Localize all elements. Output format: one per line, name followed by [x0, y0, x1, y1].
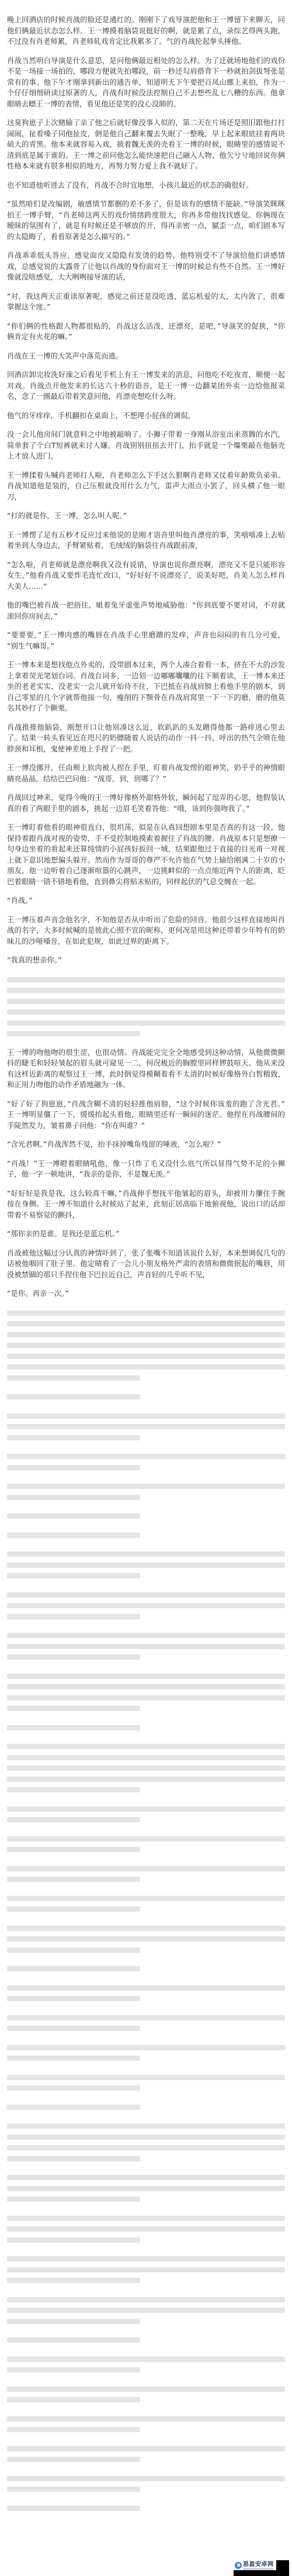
redaction-bar [7, 2427, 140, 2432]
redacted-line [7, 1681, 285, 1692]
redaction-bar [7, 1996, 140, 2001]
redaction-bar [7, 1985, 285, 1991]
redacted-line [7, 1589, 285, 1601]
redaction-bar [7, 1806, 285, 1812]
redaction-bar [7, 1332, 285, 1337]
redacted-line [7, 1600, 285, 1611]
redaction-bar [7, 2367, 140, 2372]
redacted-line [7, 1763, 285, 1774]
redaction-bar [7, 1684, 285, 1689]
redacted-line [7, 2132, 285, 2143]
paragraph-redacted [7, 1671, 285, 1714]
paragraph-redacted [7, 2354, 285, 2375]
paragraph: 这臭狗崽子上次赌输了亲了他之后就好像没事人似的，第二天在片场还是照旧跟他打打闹闹… [7, 118, 285, 172]
paragraph-redacted [7, 2120, 285, 2164]
redacted-line [7, 2424, 285, 2435]
paragraph-redacted [7, 1589, 285, 1622]
redaction-bar [7, 2056, 140, 2061]
redacted-line [7, 1833, 285, 1844]
redacted-line [7, 1511, 285, 1522]
paragraph-line: 戏，总感觉说的太露骨了让他以肖战的身份面对王一博的时候总有些不自然。王一博好 [7, 261, 285, 273]
redaction-bar [7, 1633, 285, 1638]
redaction-bar [7, 2226, 285, 2232]
redaction-bar [7, 1654, 140, 1660]
paragraph-line: 名其妙打了个颤栗。 [7, 703, 285, 714]
redacted-line [7, 1814, 285, 1825]
paragraph-line: 闹闹，扯着嗓子同他扯皮，倒是他自己翻来覆去失眠了一整晚，早上起来眼底挂着两块 [7, 129, 285, 140]
redaction-bar [7, 1573, 140, 1578]
paragraph-line: 清到底是属于谁的。王一博之前问他怎么能快速把自己融入人物，他欠兮兮地回说你俩 [7, 150, 285, 161]
paragraph-line: “打的就是你，王一博，怎么叫人呢。” [7, 511, 285, 522]
paragraph: “你们俩的性格跟人物都很贴的，肖战这么活泼，还漂亮，是吧，”导演笑的促狭，“你俩… [7, 321, 285, 343]
redacted-line [7, 2120, 285, 2132]
paragraph-redacted [7, 2012, 285, 2034]
paragraph: “要要要，”王一博肉感的嘴唇在肖战手心里磨蹭的发痒，声音也闷闷的有几分可爱，“别… [7, 630, 285, 651]
redaction-bar [7, 1765, 285, 1771]
redaction-bar [7, 1817, 140, 1822]
paragraph-line: 保持着跟肖战对视的姿势，手不受控制地摸索着握住了肖战的腰。肖战原本只是想撩一 [7, 833, 285, 844]
paragraph: 肖战乖乖低头答应，感觉面皮又隐隐有发烫的趋势。他特别受不了导演给他们讲感情戏，总… [7, 250, 285, 283]
paragraph: 王一博没挪开，任由颊上软肉被人捏在手里，盯着肖战发愣的眼神笑，奶乎乎的神情眼睛亮… [7, 763, 285, 784]
paragraph-redacted [7, 1411, 285, 1443]
redaction-bar [7, 1936, 285, 1942]
paragraph-redacted [7, 1741, 285, 1795]
redaction-bar [7, 2416, 285, 2422]
redacted-line [7, 1351, 285, 1362]
paragraph-redacted [7, 1481, 285, 1502]
paragraph-line: 他的嘴巴被肖战一把捂住，呲着兔牙虚张声势地威胁他：“你到底要不要对词，不对就 [7, 600, 285, 611]
paragraph-line: 也不知道他听进去了没有，肖战不合时宜地想，小孩儿最近的状态的确很好。 [7, 180, 285, 191]
redaction-bar [7, 1484, 285, 1489]
paragraph-line: 话被他咽回了肚子里。他定睛看了一会儿小朋友格外严肃的表情和微微抿起的嘴唇，用 [7, 1258, 285, 1270]
redacted-line [7, 1803, 285, 1815]
redacted-line [7, 1329, 285, 1340]
redaction-bar [7, 1311, 285, 1316]
paragraph-line: 肖战乖乖低头答应，感觉面皮又隐隐有发烫的趋势。他特别受不了导演给他们讲感情 [7, 250, 285, 261]
redacted-line [7, 2234, 285, 2246]
paragraph-redacted [7, 2443, 285, 2465]
paragraph: 他气的牙痒痒，手机翻扣在桌面上，不想理小屁孩的调侃。 [7, 411, 285, 422]
paragraph-line: 肖战在王一博的大笑声中落荒而逃。 [7, 351, 285, 362]
paragraph-redacted [7, 2294, 285, 2327]
paragraph: 肖战当然明白导演是什么意思，是问他俩最近相处的怎么样。为了迁就场地他们的戏份不是… [7, 56, 285, 110]
paragraph: “好好好是我是我，这么较真干嘛，”肖战伸手想抚平他皱起的眉头，却被用力攥住手腕按… [7, 1188, 285, 1221]
paragraph: “对，我这两天正重读原著呢，感觉之前还是没吃透，蓝忘机爱的太，太内敛了，很难掌握… [7, 291, 285, 313]
paragraph-redacted [7, 1308, 285, 1384]
redaction-bar [7, 2105, 140, 2110]
paragraph-line: 抖的睫毛和轻轻皱起的眉头就可窥见一二，何况极近的胸膛里同样锣鼓喧天。他从来没 [7, 1058, 285, 1069]
redaction-bar [7, 1020, 285, 1026]
redaction-bar [7, 2457, 140, 2462]
paragraph-line: 晚上回酒店的时候肖战的脸还是通红的。刚刚下了戏导演把他和王一博留下来聊天，问 [7, 15, 285, 26]
redaction-bar [7, 2256, 285, 2261]
paragraph-redacted [7, 2334, 285, 2346]
watermark-subtitle [243, 2568, 273, 2570]
redaction-bar [7, 2446, 285, 2451]
redaction-bar [7, 1394, 140, 1399]
watermark: 思盈安卓网 [234, 2560, 276, 2570]
paragraph-line: “要要要，”王一博肉感的嘴唇在肖战手心里磨蹭的发痒，声音也闷闷的有几分可爱， [7, 630, 285, 641]
redacted-line [7, 1903, 285, 1915]
redacted-line [7, 2072, 285, 2083]
redacted-line [7, 1944, 285, 1956]
redacted-line [7, 1933, 285, 1944]
redaction-bar [7, 1454, 285, 1459]
redacted-line [7, 2503, 285, 2514]
paragraph-line: 王一博没挪开，任由颊上软肉被人捏在手里，盯着肖战发愣的眼神笑，奶乎乎的神情眼 [7, 763, 285, 774]
redaction-bar [7, 1533, 140, 1538]
paragraph-line: 肖战回过神来，觉得今晚的王一博好像格外甜格外软，瞬间起了逗弄的心思，他假装认 [7, 792, 285, 804]
paragraph-line: 带着不易察觉的颤抖， [7, 1210, 285, 1221]
paragraph: “肖战！”王一博瞪着眼睛吼他，像一只炸了毛又没什么底气所以显得气势不足的小狮子，… [7, 1158, 285, 1180]
redacted-line [7, 1651, 285, 1663]
paragraph-line: 掌握这个度。” [7, 302, 285, 313]
redaction-bar [7, 1603, 285, 1608]
redaction-bar [7, 2237, 140, 2243]
paragraph-line: 俩肯定有火花的嘛。” [7, 332, 285, 343]
paragraph-line: 有这样近距离的观察过王一博，此时倒觉得模糊着看不太清的时候好像格外白皙精致， [7, 1069, 285, 1080]
redaction-bar [7, 1896, 285, 1901]
paragraph: 王一博压着声音念他名字，不知他是否从中听出了危险的回音。他很少这样直接地叫肖战的… [7, 915, 285, 947]
redaction-bar [7, 1513, 140, 1519]
redacted-line [7, 1874, 285, 1885]
paragraph-redacted [7, 1982, 285, 2004]
paragraph: 肖战推推他脑袋，刚想开口让他别凑这么近，软趴趴的头发蹭得他都一路痒进心里去了。结… [7, 722, 285, 755]
redaction-bar [7, 1375, 140, 1381]
redaction-bar [7, 2186, 285, 2191]
redaction-bar [7, 988, 285, 993]
redacted-line [7, 2082, 285, 2094]
redacted-line [7, 1863, 285, 1874]
redacted-line [7, 1611, 285, 1622]
paragraph: 王一博揉着头喊肖老师打人啦，肖老师怎么下手这么狠啊肖老师又仗着年龄欺负弟弟。肖战… [7, 470, 285, 503]
paragraph-line: “好了好了狗崽崽，”肖战含糊不清的轻轻推他肩膀，“这个时候你该羞的跑了含光君。” [7, 1099, 285, 1110]
redacted-line [7, 2454, 285, 2465]
redaction-bar [7, 1563, 285, 1568]
redaction-bar [7, 2337, 140, 2343]
paragraph-line: 不过没有肖老师累，肖老师轧戏肯定比我累多了。气的肖战抡起拳头捶他。 [7, 36, 285, 47]
redaction-bar [7, 1755, 285, 1760]
paragraph-line: 王一博盯着他看的眼神很直白，很坦荡，似是在认真回想剧本里是否真的有这一段。他 [7, 822, 285, 833]
redaction-bar [7, 2015, 285, 2020]
redaction-bar [7, 1321, 285, 1326]
redaction-bar [7, 2278, 140, 2283]
paragraph-redacted [7, 1549, 285, 1581]
redacted-line [7, 1844, 285, 1855]
paragraph-redacted [7, 974, 285, 1039]
watermark-label: 思盈安卓网 [243, 2561, 274, 2568]
redacted-line [7, 1671, 285, 1682]
redaction-bar [7, 1465, 140, 1470]
redacted-line [7, 2354, 285, 2365]
redaction-bar [7, 2026, 140, 2031]
redaction-bar [7, 2397, 140, 2402]
redaction-bar [7, 1614, 140, 1619]
redacted-line [7, 2334, 285, 2346]
redaction-bar [7, 1744, 285, 1749]
redacted-line [7, 2142, 285, 2153]
redacted-line [7, 2473, 285, 2484]
paragraph: “含光君啊。”肖战浑然不觉，抬手抹掉嘴角残留的唾液，“怎么啦？” [7, 1139, 285, 1150]
paragraph-line: “含光君啊。”肖战浑然不觉，抬手抹掉嘴角残留的唾液，“怎么啦？” [7, 1139, 285, 1150]
redacted-line [7, 2053, 285, 2064]
redacted-line [7, 1318, 285, 1329]
paragraph-line: 王一博明显僵了一下，缓缓抬起头看他，眼睛里还有一瞬间的迷茫。他捏在肖战腰间的 [7, 1109, 285, 1120]
paragraph-line: 战的名字，大多时候喊的是彼此心照不宣的昵称，更何况是用这种还带着少年特有的奶 [7, 925, 285, 936]
paragraph-line: 脖颈和耳根，鬼使神差地上手捏了一把。 [7, 744, 285, 755]
paragraph-line: 句身边坐着的看起来还算纯情的小屁孩好扳回一城，结果跟他过于直接的目光甫一对视 [7, 844, 285, 855]
globe-logo-icon [235, 2562, 242, 2569]
paragraph-line: 回酒店卸完妆洗好澡之后看见手机上有王一博发来的消息，问他吃不吃夜宵，顺便一起 [7, 370, 285, 381]
paragraph: “是你。再亲一次。” [7, 1288, 285, 1299]
paragraph-line: “怎么啦，肖老师就是漂亮啊我又没有说错，导演也说你漂亮啊，漂亮又不是只能形容 [7, 560, 285, 571]
paragraph-line: “肖战。” [7, 895, 285, 906]
paragraph-line: 王一博本来是想找他点外卖的，没带剧本过来，两个人凑合着看一本，挤在不大的沙发 [7, 660, 285, 671]
paragraph-redacted [7, 1923, 285, 1956]
redaction-bar [7, 1674, 285, 1679]
redacted-line [7, 1692, 285, 1703]
paragraph-line: 子，他一字一顿地讲，“我亲的是你，不是魏无羡。” [7, 1169, 285, 1180]
paragraph-line: 上才放人进门。 [7, 451, 285, 462]
redaction-bar [7, 1926, 285, 1931]
redacted-line [7, 1741, 285, 1752]
paragraph-line: 硕大的青黑。他本来就容易入戏，披着魏无羡的壳看王一博的时候，眼睛里的感情说不 [7, 139, 285, 150]
redacted-line [7, 1549, 285, 1560]
redacted-line [7, 2102, 285, 2113]
redaction-bar [7, 1847, 140, 1852]
redaction-bar [7, 1424, 285, 1429]
redaction-bar [7, 2267, 285, 2272]
redacted-line [7, 2443, 285, 2454]
redacted-line [7, 2023, 285, 2034]
redacted-line [7, 1560, 285, 1571]
paragraph-line: “那你亲的是谁。是我还是蓝忘机。” [7, 1229, 285, 1240]
paragraph-line: 不是一场接一场拍的，哪段方便就先拍哪段，前一秒还勾肩搭背下一秒就拍剑拔弩张是 [7, 66, 285, 77]
redaction-bar [7, 1592, 285, 1598]
paragraph-redacted [7, 1863, 285, 1885]
redaction-bar [7, 1354, 285, 1359]
redaction-bar [7, 2145, 285, 2150]
redaction-bar [7, 2196, 140, 2202]
redacted-line [7, 1630, 285, 1641]
redaction-bar [7, 977, 285, 982]
paragraph-line: 女生，”他看肖战又要炸毛连忙改口，“好好好不说漂亮了，说美好吧，肖美人怎么样肖 [7, 570, 285, 581]
redaction-bar [7, 1906, 140, 1912]
redacted-line [7, 1703, 285, 1714]
redacted-line [7, 1641, 285, 1652]
paragraph-line: 味儿的沙哑嗓音，在如此犯规，如此过界的距离下。 [7, 936, 285, 947]
redaction-bar [7, 1706, 140, 1711]
paragraph-line: 对戏。肖战点开他发来的长达六十秒的语音，是王一博一边翻某团外卖一边给他报菜 [7, 381, 285, 392]
redacted-line [7, 2264, 285, 2275]
redacted-line [7, 1893, 285, 1904]
redacted-line [7, 1774, 285, 1785]
redaction-bar [7, 2487, 140, 2492]
redacted-line [7, 1993, 285, 2004]
paragraph-redacted [7, 2384, 285, 2405]
redaction-bar [7, 1495, 140, 1500]
redaction-bar [7, 1877, 140, 1882]
paragraph-line: 拍王一博手臂，“肖老师这两天的戏份情绪跨度很大，你再多带他找找感觉。你俩现在 [7, 210, 285, 221]
paragraph-line: 上就下意识地想偏头躲开。然而作为哥哥的尊严不允许他在气势上输给刚满二十岁的小 [7, 855, 285, 866]
redacted-line [7, 1361, 285, 1373]
paragraph-line: “肖战！”王一博瞪着眼睛吼他，像一只炸了毛又没什么底气所以显得气势不足的小狮 [7, 1158, 285, 1170]
redaction-bar [7, 2387, 285, 2392]
redacted-line [7, 2384, 285, 2395]
paragraph-redacted [7, 2213, 285, 2246]
paragraph-line: 这臭狗崽子上次赌输了亲了他之后就好像没事人似的，第二天在片场还是照旧跟他打打 [7, 118, 285, 129]
paragraph: “打的就是你，王一博，怎么叫人呢。” [7, 511, 285, 522]
redacted-line [7, 2223, 285, 2234]
paragraph-line: 着坐到人身边去，手臂紧贴着，毛绒绒的脑袋往肖战跟前凑， [7, 540, 285, 551]
paragraph-line: 巴着眼睛一错不错地看他，直到鼻尖将贴未贴的，同样起伏的气息交缠在一起。 [7, 877, 285, 888]
paragraph-line: “好好好是我是我，这么较真干嘛，”肖战伸手想抚平他皱起的眉头，却被用力攥住手腕 [7, 1188, 285, 1199]
paragraph-line: 没一会儿他房间门就意料之中地被敲响了。小狮子带着一身刚从浴室出来蒸腾的水汽， [7, 429, 285, 440]
paragraph-line: 刀， [7, 492, 285, 503]
paragraph: “好了好了狗崽崽，”肖战含糊不清的轻轻推他肩膀，“这个时候你该羞的跑了含光君。”… [7, 1099, 285, 1132]
redacted-line [7, 2484, 285, 2495]
paragraph-line: 个仔仔细细研读过原著的人，肖战有时候没法控制自己不去想些乱七八糟的东西。他拿 [7, 88, 285, 99]
paragraph: “我真的想亲你。” [7, 955, 285, 966]
redacted-line [7, 2394, 285, 2405]
redacted-line [7, 2364, 285, 2375]
paragraph-line: 的太隐晦了，看看原著是怎么描写的。” [7, 232, 285, 243]
redacted-line [7, 1340, 285, 1351]
redacted-line [7, 1492, 285, 1503]
redaction-bar [7, 2297, 285, 2302]
paragraph-redacted [7, 1893, 285, 1915]
redacted-line [7, 1411, 285, 1422]
paragraph-line: 滚回你房间去，” [7, 611, 285, 622]
redaction-bar [7, 2357, 285, 2362]
paragraph-line: “你们俩的性格跟人物都很贴的，肖战这么活泼，还漂亮，是吧，”导演笑的促狭，“你 [7, 321, 285, 332]
redacted-line [7, 1570, 285, 1581]
paragraph: 王一博的吻他吻的很生涩，也很动情。肖战能完完全全地感受到这种动情，从他微微颤抖的… [7, 1047, 285, 1091]
redacted-line [7, 1722, 285, 1733]
redacted-line [7, 1462, 285, 1473]
paragraph-line: “别生气嘛哥。” [7, 641, 285, 652]
paragraph-line: 名，念了一圈最后带着笑意问他，肖漂亮想吃什么呀。 [7, 391, 285, 402]
redacted-line [7, 1752, 285, 1763]
redacted-line [7, 1784, 285, 1795]
paragraph-line: 简单套了个白T短裤就来讨人嫌。肖战别别扭扭去开门，抬手就是一个爆栗敲在他脑壳 [7, 440, 285, 451]
paragraph-line: 自己零星的几个字就帮他接一句，瘦削的下颚骨在肖战肩窝里一下一下的磨，磨的他莫 [7, 692, 285, 704]
paragraph-line: 坐的老老实实，没老实一会儿就开始待不住，下巴抵在肖战肩膀上看他手里的剧本，到 [7, 681, 285, 692]
redacted-line [7, 974, 285, 985]
paragraph-redacted [7, 2503, 285, 2514]
redaction-bar [7, 1413, 285, 1419]
redacted-line [7, 2012, 285, 2023]
redaction-bar [7, 1343, 285, 1348]
redaction-bar [7, 2085, 140, 2091]
paragraph-line: 了。结果一转头看见近在咫尺的奶膘随着人说话的动作一抖一抖，呼出的热气全喷在他 [7, 733, 285, 744]
paragraph-line: 肖战知道他是装的，自己压根就没用什么力气，雷声大雨点小罢了，回头横了他一眼 [7, 481, 285, 492]
redacted-line [7, 2172, 285, 2183]
redaction-bar [7, 1836, 285, 1842]
redaction-bar [7, 2134, 285, 2140]
paragraph-line: 朋友，他一边听着自己逐渐喧嚣的心跳声，一边挑衅似的一点点缩近两个人的距离，眨 [7, 865, 285, 877]
paragraph-redacted [7, 1803, 285, 1825]
redacted-line [7, 1018, 285, 1029]
paragraph-redacted [7, 1391, 285, 1402]
paragraph: “那你亲的是谁。是我还是蓝忘机。” [7, 1229, 285, 1240]
paragraph-line: 肖战推推他脑袋，刚想开口让他别凑这么近，软趴趴的头发蹭得他都一路痒进心里去 [7, 722, 285, 733]
paragraph-line: 常有的事。他下午才刚拿到新出的通告单，知道明天下午要把百凤山挪上来拍，作为一 [7, 77, 285, 88]
redacted-line [7, 1391, 285, 1402]
redacted-line [7, 1373, 285, 1384]
redacted-line [7, 1923, 285, 1934]
redacted-line [7, 1028, 285, 1039]
redaction-bar [7, 2216, 285, 2221]
redacted-line [7, 2305, 285, 2316]
redaction-bar [7, 999, 285, 1004]
paragraph-line: 王一博揉着头喊肖老师打人啦，肖老师怎么下手这么狠啊肖老师又仗着年龄欺负弟弟。 [7, 470, 285, 481]
redacted-line [7, 1006, 285, 1018]
redaction-bar [7, 2156, 140, 2161]
paragraph-line: “我真的想亲你。” [7, 955, 285, 966]
paragraph-line: “虽然咱们是改编剧，敏感情节都删的差不多了，但是该有的感情不能缺。”导演笑眯眯 [7, 199, 285, 210]
redaction-bar [7, 1009, 285, 1015]
redaction-bar [7, 1644, 285, 1649]
redacted-line [7, 2253, 285, 2264]
paragraph-redacted [7, 2413, 285, 2435]
paragraph-redacted [7, 1530, 285, 1541]
paragraph-line: 没被禁锢的那只手捏住他下巴拉近自己，声音轻的几乎听不见， [7, 1270, 285, 1281]
paragraph-line: 睛亮晶晶，结结巴巴问他：“战哥，到，到哪了？” [7, 774, 285, 785]
redacted-line [7, 1308, 285, 1319]
redacted-line [7, 2194, 285, 2205]
paragraph: 回酒店卸完妆洗好澡之后看见手机上有王一博发来的消息，问他吃不吃夜宵，顺便一起对戏… [7, 370, 285, 402]
paragraph: 晚上回酒店的时候肖战的脸还是通红的。刚刚下了戏导演把他和王一博留下来聊天，问他们… [7, 15, 285, 47]
paragraph: 没一会儿他房间门就意料之中地被敲响了。小狮子带着一身刚从浴室出来蒸腾的水汽，简单… [7, 429, 285, 462]
paragraph-redacted [7, 2473, 285, 2495]
paragraph: 王一博愣了足有五秒才反应过来他说的是刚才语音里叫他肖漂亮的事，笑嘻嘻凑上去贴着坐… [7, 530, 285, 551]
paragraph: 也不知道他听进去了没有，肖战不合时宜地想，小孩儿最近的状态的确很好。 [7, 180, 285, 191]
watermark-text-group: 思盈安卓网 [243, 2561, 274, 2570]
paragraph: “肖战。” [7, 895, 285, 906]
paragraph-line: 暧昧的氛围有了，就是有时候还是不够放的开，得再亲密一点，腻歪一点，咱们剧本写 [7, 220, 285, 232]
paragraph-redacted [7, 1833, 285, 1855]
paragraph-redacted [7, 1511, 285, 1522]
paragraph-line: 上拿着荧光笔划台词。肖战台词多，一边划一边嘟嘟囔囔的往下顺着读，王一博本来还 [7, 671, 285, 682]
paragraph-line: 他气的牙痒痒，手机翻扣在桌面上，不想理小屁孩的调侃。 [7, 411, 285, 422]
redacted-line [7, 996, 285, 1007]
paragraph: 肖战在王一博的大笑声中落荒而逃。 [7, 351, 285, 362]
paragraph-redacted [7, 2072, 285, 2094]
redaction-bar [7, 1777, 285, 1782]
paragraph: 王一博盯着他看的眼神很直白，很坦荡，似是在认真回想剧本里是否真的有这一段。他保持… [7, 822, 285, 887]
redaction-bar [7, 2319, 140, 2324]
article-body: 晚上回酒店的时候肖战的脸还是通红的。刚刚下了戏导演把他和王一博留下来聊天，问他们… [7, 15, 285, 2522]
paragraph-line: “是你。再亲一次。” [7, 1288, 285, 1299]
redaction-bar [7, 2308, 285, 2313]
redaction-bar [7, 1435, 140, 1440]
paragraph-line: “对，我这两天正重读原著呢，感觉之前还是没吃透，蓝忘机爱的太，太内敛了，很难 [7, 291, 285, 302]
redaction-bar [7, 1031, 140, 1036]
redacted-line [7, 1963, 285, 1974]
redaction-bar [7, 2175, 285, 2180]
paragraph-line: 性格本来就有很多相似的地方，再努力努力爱上我不就好了。 [7, 161, 285, 172]
redaction-bar [7, 2476, 285, 2481]
redaction-bar [7, 2123, 285, 2129]
redacted-line [7, 2183, 285, 2194]
redacted-line [7, 1982, 285, 1994]
redacted-line [7, 2042, 285, 2053]
paragraph-line: 肖战被他这幅过分认真的神情吓到了，张了张嘴不知道该说什么好，本来想调侃几句的 [7, 1248, 285, 1259]
paragraph-redacted [7, 2042, 285, 2064]
redacted-line [7, 1451, 285, 1462]
paragraph-line: 和正用力吻他的动作矛盾地融为一体。 [7, 1080, 285, 1091]
